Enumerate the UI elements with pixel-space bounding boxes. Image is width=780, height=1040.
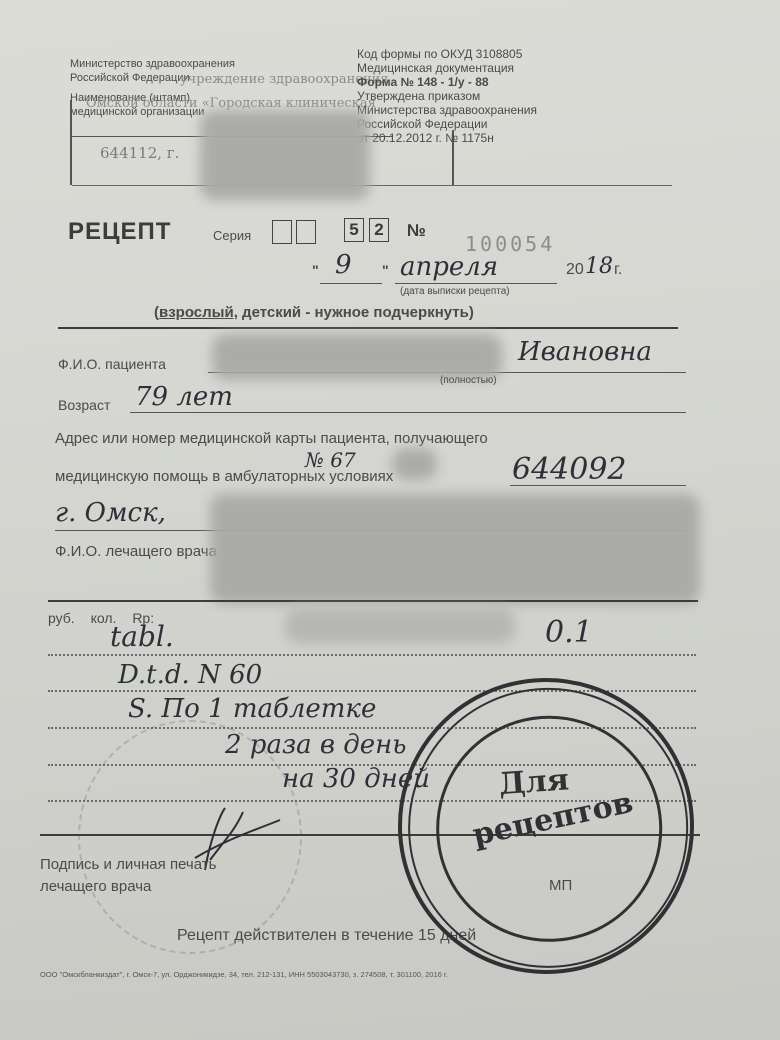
address-label: Адрес или номер медицинской карты пациен… <box>55 430 488 447</box>
age-underline <box>130 412 686 413</box>
postal-underline <box>510 485 686 486</box>
date-caption: (дата выписки рецепта) <box>400 286 510 297</box>
redacted-address-doctor <box>210 494 700 604</box>
form-number: Форма № 148 - 1/у - 88 <box>357 75 537 89</box>
number-label: № <box>407 221 426 241</box>
patient-name-label: Ф.И.О. пациента <box>58 356 166 372</box>
rx-line-form: tabl. <box>110 620 174 653</box>
stamp-text-for: Для <box>498 762 570 802</box>
year-prefix: 20 <box>566 261 584 279</box>
rx-dose: 0.1 <box>545 615 593 650</box>
age-label: Возраст <box>58 397 110 413</box>
col-rub: руб. <box>48 610 75 626</box>
date-month: апреля <box>400 252 498 282</box>
patient-name-caption: (полностью) <box>440 375 497 386</box>
rx-line-signa: S. По 1 таблетке <box>128 694 376 724</box>
year-unit: г. <box>614 261 622 279</box>
rx-line-quantity: D.t.d. N 60 <box>118 660 262 690</box>
year-suffix: 18 <box>585 254 613 279</box>
form-doc-type: Медицинская документация <box>357 61 537 75</box>
patient-name-value: Ивановна <box>518 337 652 367</box>
header-divider <box>72 185 672 186</box>
form-code-block: Код формы по ОКУД 3108805 Медицинская до… <box>357 47 537 145</box>
series-box: 2 <box>369 218 389 242</box>
redacted-org-stamp <box>200 110 370 200</box>
patient-type: (взрослый, детский - нужное подчеркнуть) <box>154 304 474 321</box>
redacted-patient-name <box>212 334 502 380</box>
rx-dotted-line <box>48 654 696 656</box>
address-label-cont: медицинскую помощь в амбулаторных услови… <box>55 468 393 485</box>
date-day: 9 <box>335 250 352 280</box>
ministry-line: Министерство здравоохранения <box>70 57 235 71</box>
day-quote-close: " <box>382 262 389 278</box>
section-divider <box>58 327 678 329</box>
address-city-value: г. Омск, <box>55 498 166 528</box>
redacted-drug-name <box>285 608 515 644</box>
approval-line: Российской Федерации <box>357 117 537 131</box>
age-value: 79 лет <box>135 382 233 412</box>
approval-line: Министерства здравоохранения <box>357 103 537 117</box>
signature-label-cont: лечащего врача <box>40 878 151 895</box>
okud-code: Код формы по ОКУД 3108805 <box>357 47 537 61</box>
form-title: РЕЦЕПТ <box>68 218 171 246</box>
patient-type-rest: детский - нужное подчеркнуть) <box>238 304 474 321</box>
series-label: Серия <box>213 228 251 243</box>
org-stamp-overprint: Омской области «Городская клиническая <box>86 96 376 111</box>
org-stamp-postal: 644112, г. <box>100 144 179 162</box>
redacted-card-number <box>392 448 437 480</box>
doctor-name-label: Ф.И.О. лечащего врача <box>55 543 217 560</box>
series-box <box>296 220 316 244</box>
postal-code-value: 644092 <box>512 452 627 487</box>
day-underline <box>320 283 382 284</box>
validity-note: Рецепт действителен в течение 15 дней <box>177 927 476 945</box>
approval-line: Утверждена приказом <box>357 89 537 103</box>
printer-imprint: ООО "Омскбланкиздат", г. Омск-7, ул. Орд… <box>40 970 448 979</box>
section-divider <box>48 600 698 602</box>
series-box: 5 <box>344 218 364 242</box>
order-number: от 20.12.2012 г. № 1175н <box>357 131 537 145</box>
series-box <box>272 220 292 244</box>
patient-type-selected: взрослый, <box>159 304 238 321</box>
prescription-form: Министерство здравоохранения Российской … <box>0 0 780 1040</box>
signature-label: Подпись и личная печать <box>40 856 216 873</box>
stamp-frame-left <box>70 100 72 185</box>
month-underline <box>395 283 557 284</box>
day-quote-open: " <box>312 262 319 278</box>
